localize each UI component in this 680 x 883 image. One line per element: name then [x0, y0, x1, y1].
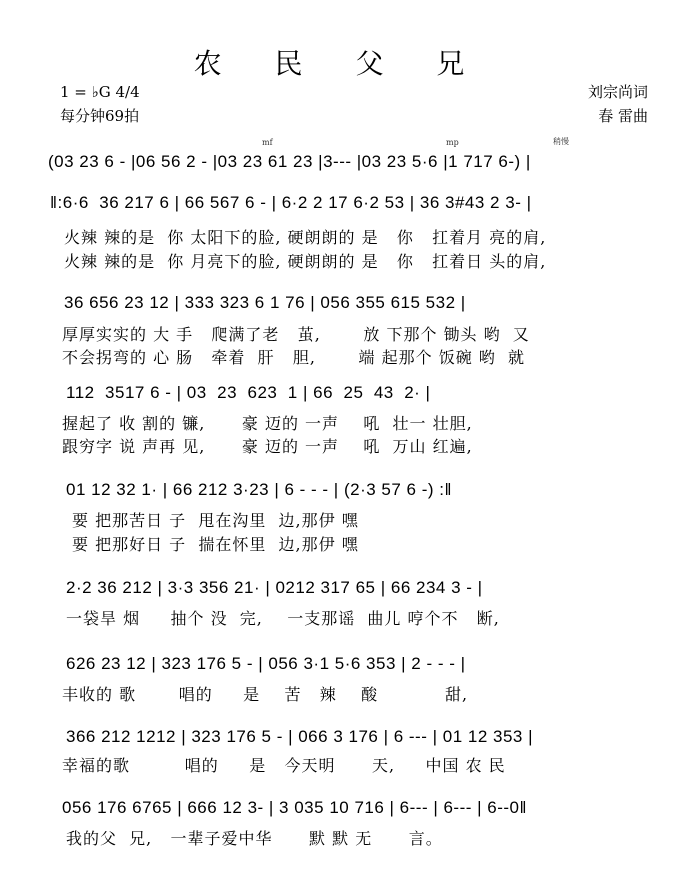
score-title: 农 民 父 兄	[0, 42, 680, 82]
score-credits: 刘宗尚词 春 雷曲	[588, 80, 648, 128]
dynamic-mf: mf	[262, 138, 273, 147]
notation-line: 01 12 32 1· | 66 212 3·23 | 6 - - - | (2…	[66, 480, 680, 500]
tempo-marking: 每分钟69拍	[60, 104, 140, 128]
lyric-verse-1: 握起了 收 割的 镰, 豪 迈的 一声 吼 壮一 壮胆,	[62, 411, 680, 434]
notation-line: (03 23 6 - |06 56 2 - |03 23 61 23 |3---…	[48, 152, 680, 172]
notation-line: ‖:6·6 36 217 6 | 66 567 6 - | 6·2 2 17 6…	[50, 193, 680, 213]
lyric-verse-1: 一袋旱 烟 抽个 没 完, 一支那谣 曲儿 哼个不 断,	[66, 606, 680, 629]
composer-credit: 春 雷曲	[588, 104, 648, 128]
tempo-slower: 稍慢	[553, 136, 569, 147]
lyric-verse-1: 火辣 辣的是 你 太阳下的脸, 硬朗朗的 是 你 扛着月 亮的肩,	[64, 225, 680, 248]
lyric-verse-1: 厚厚实实的 大 手 爬满了老 茧, 放 下那个 锄头 哟 又	[62, 322, 680, 345]
notation-line: 366 212 1212 | 323 176 5 - | 066 3 176 |…	[66, 727, 680, 747]
lyricist-credit: 刘宗尚词	[588, 80, 648, 104]
lyric-verse-2: 不会拐弯的 心 肠 牵着 肝 胆, 端 起那个 饭碗 哟 就	[62, 345, 680, 368]
lyric-verse-1: 我的父 兄, 一辈子爱中华 默 默 无 言。	[66, 826, 680, 849]
lyric-verse-1: 幸福的歌 唱的 是 今天明 天, 中国 农 民	[62, 753, 680, 776]
lyric-verse-2: 跟穷字 说 声再 见, 豪 迈的 一声 吼 万山 红遍,	[62, 434, 680, 457]
lyric-verse-1: 丰收的 歌 唱的 是 苦 辣 酸 甜,	[62, 682, 680, 705]
lyric-verse-1: 要 把那苦日 子 甩在沟里 边,那伊 嘿	[72, 508, 680, 531]
lyric-verse-2: 火辣 辣的是 你 月亮下的脸, 硬朗朗的 是 你 扛着日 头的肩,	[64, 249, 680, 272]
notation-line: 626 23 12 | 323 176 5 - | 056 3·1 5·6 35…	[66, 654, 680, 674]
lyric-verse-2: 要 把那好日 子 揣在怀里 边,那伊 嘿	[72, 532, 680, 555]
notation-line: 056 176 6765 | 666 12 3- | 3 035 10 716 …	[62, 798, 680, 818]
dynamic-mp: mp	[446, 138, 459, 147]
notation-line: 2·2 36 212 | 3·3 356 21· | 0212 317 65 |…	[66, 578, 680, 598]
notation-line: 36 656 23 12 | 333 323 6 1 76 | 056 355 …	[64, 293, 680, 313]
notation-line: 112 3517 6 - | 03 23 623 1 | 66 25 43 2·…	[66, 383, 680, 403]
key-signature: 1 = ♭G 4/4	[60, 80, 140, 104]
score-meta-left: 1 = ♭G 4/4 每分钟69拍	[60, 80, 140, 128]
